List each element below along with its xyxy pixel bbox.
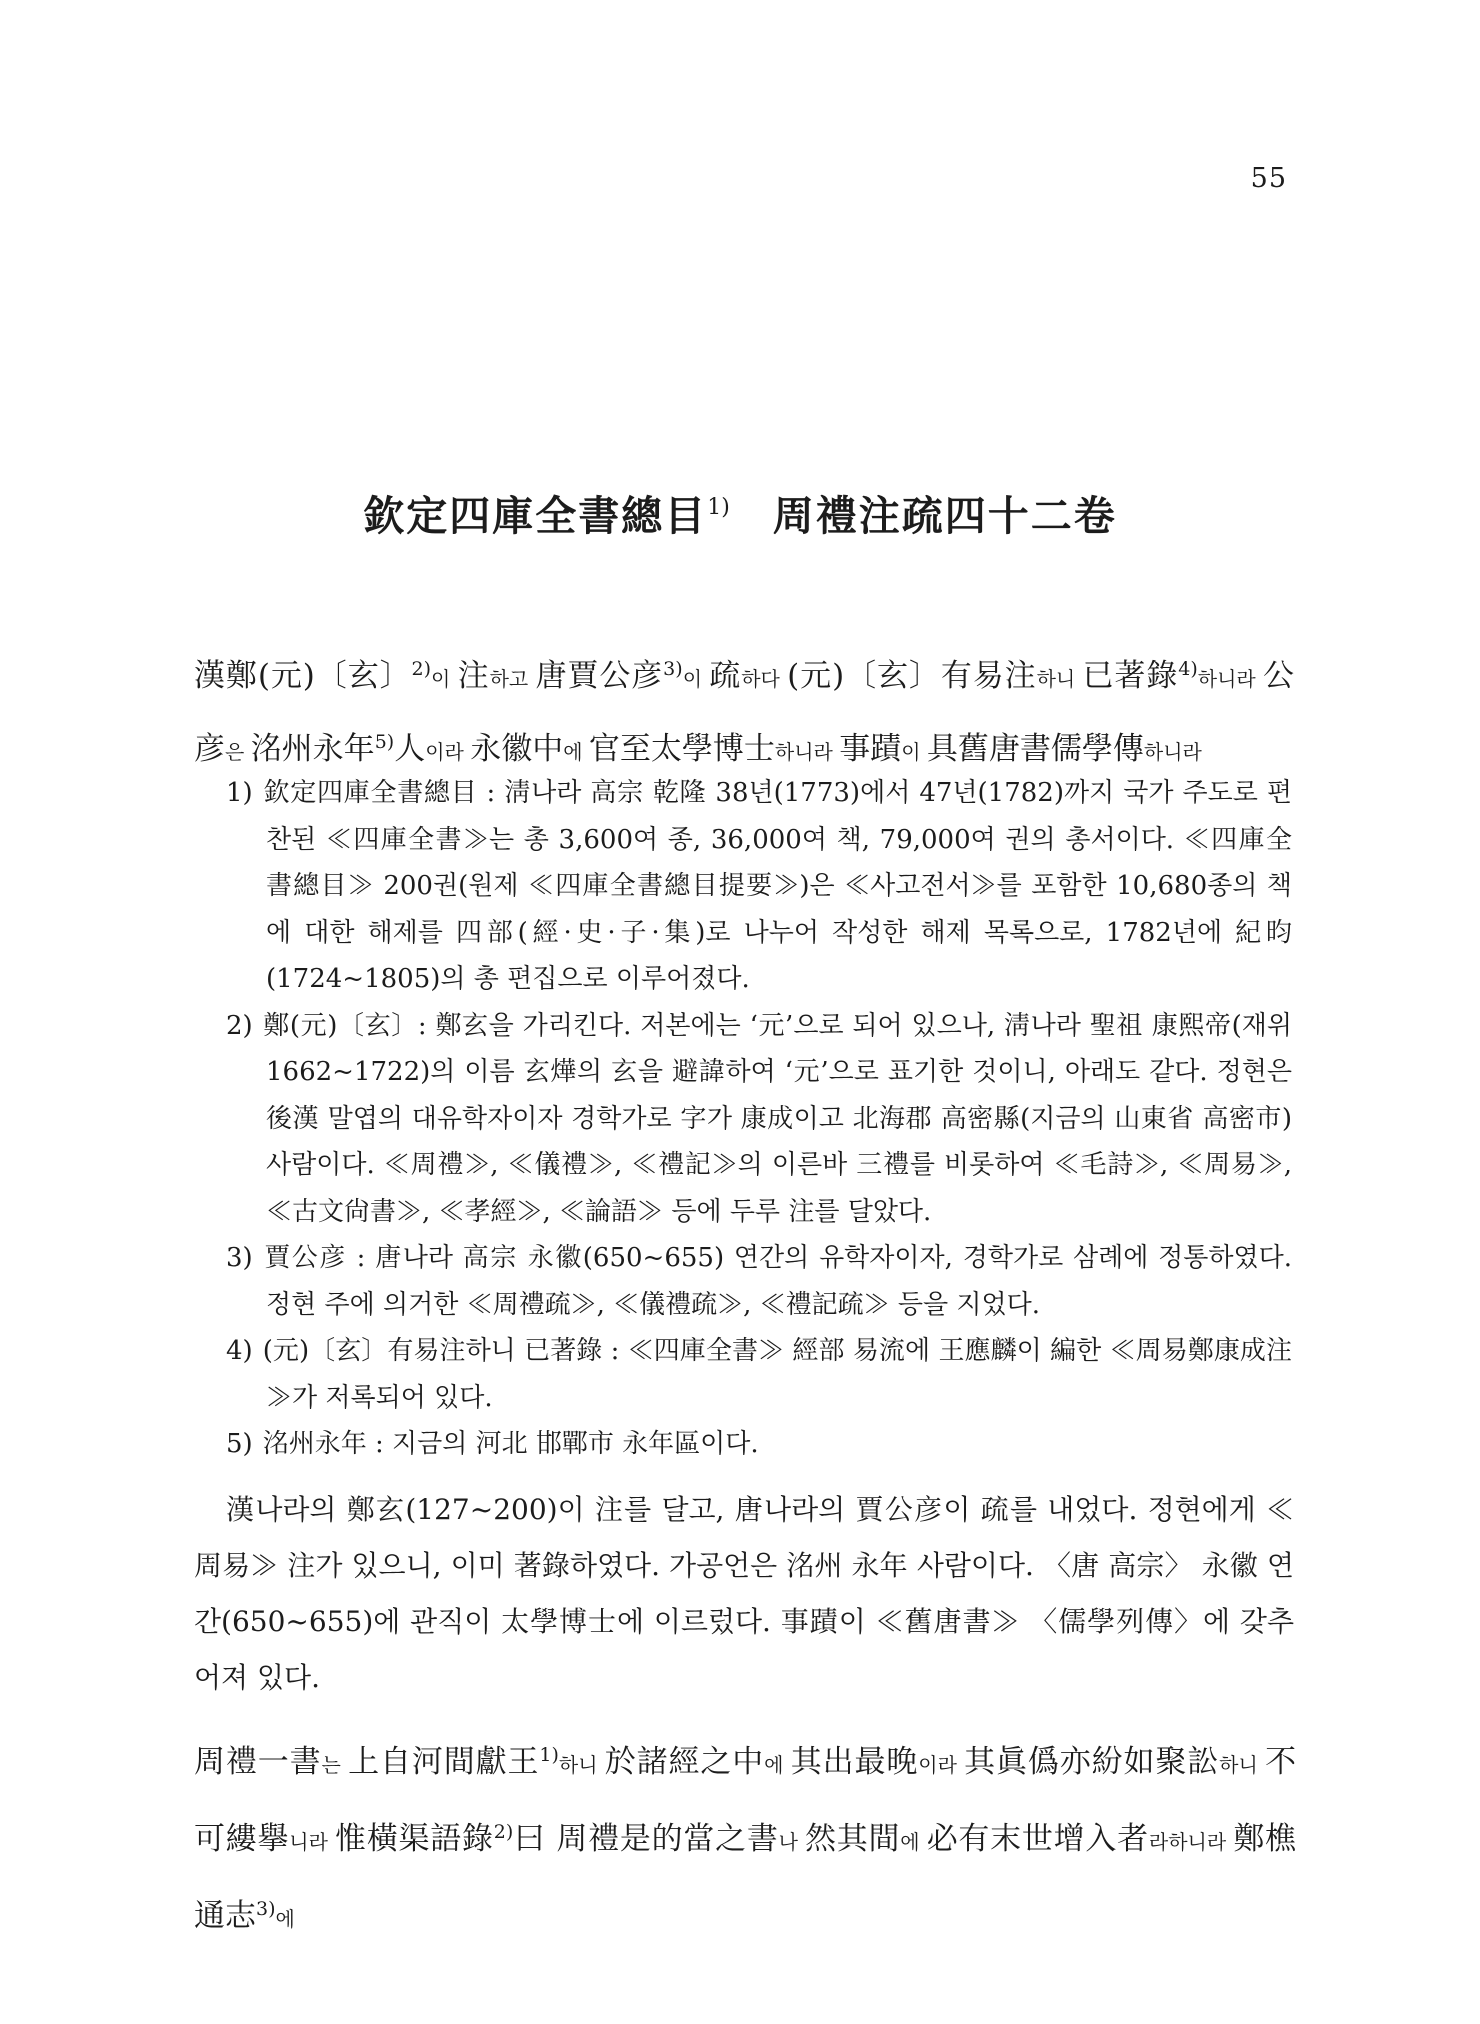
hyeonto-particle: 이 bbox=[901, 740, 927, 764]
hanmun-text: 欽定四庫全書總目 bbox=[363, 492, 707, 540]
hanmun-text: 疏 bbox=[709, 658, 741, 694]
hyeonto-particle: 은 bbox=[225, 740, 251, 764]
original-hanmun-paragraph: 漢鄭(元)〔玄〕2)이 注하고 唐賈公彦3)이 疏하다 (元)〔玄〕有易注하니 … bbox=[194, 642, 1294, 788]
hyeonto-particle: 하니 bbox=[1037, 667, 1083, 691]
hyeonto-particle: 하니 bbox=[559, 1753, 605, 1777]
hanmun-text: 其出最晚 bbox=[791, 1744, 919, 1780]
hyeonto-particle: 니라 bbox=[289, 1830, 335, 1854]
hyeonto-particle: 에 bbox=[900, 1830, 926, 1854]
hyeonto-particle: 에 bbox=[276, 1907, 295, 1931]
footnote-3: 3)賈公彦 : 唐나라 高宗 永徽(650~655) 연간의 유학자이자, 경학… bbox=[226, 1235, 1292, 1328]
footnote-ref: 3) bbox=[256, 1898, 276, 1920]
hyeonto-particle: 하니 bbox=[1219, 1753, 1265, 1777]
hanmun-text: 事蹟 bbox=[839, 731, 901, 767]
footnote-text: (元)〔玄〕有易注하니 已著錄 : ≪四庫全書≫ 經部 易流에 王應麟이 編한 … bbox=[263, 1336, 1292, 1413]
footnote-ref: 1) bbox=[707, 495, 730, 520]
hanmun-text: 已著錄 bbox=[1083, 658, 1179, 694]
scanned-book-page: 55 欽定四庫全書總目1) 周禮注疏四十二卷 漢鄭(元)〔玄〕2)이 注하고 唐… bbox=[0, 0, 1480, 2024]
chapter-title: 欽定四庫全書總目1) 周禮注疏四十二卷 bbox=[0, 483, 1480, 542]
hanmun-text: 周禮注疏四十二卷 bbox=[730, 492, 1117, 540]
hyeonto-particle: 에 bbox=[563, 740, 589, 764]
footnote-2: 2)鄭(元)〔玄〕: 鄭玄을 가리킨다. 저본에는 ‘元’으로 되어 있으나, … bbox=[226, 1003, 1292, 1236]
footnote-ref: 2) bbox=[412, 658, 432, 680]
hanmun-text: 其眞僞亦紛如聚訟 bbox=[964, 1744, 1219, 1780]
hanmun-text: 永徽中 bbox=[470, 731, 563, 767]
footnote-4: 4)(元)〔玄〕有易注하니 已著錄 : ≪四庫全書≫ 經部 易流에 王應麟이 編… bbox=[226, 1328, 1292, 1421]
hanmun-text: 漢鄭(元)〔玄〕 bbox=[194, 658, 412, 694]
footnote-text: 洺州永年 : 지금의 河北 邯鄲市 永年區이다. bbox=[263, 1429, 759, 1459]
hyeonto-particle: 하니라 bbox=[775, 740, 839, 764]
footnote-ref: 1) bbox=[539, 1744, 559, 1766]
hyeonto-particle: 이라 bbox=[918, 1753, 964, 1777]
footnote-text: 賈公彦 : 唐나라 高宗 永徽(650~655) 연간의 유학자이자, 경학가로… bbox=[263, 1243, 1292, 1320]
hyeonto-particle: 이 bbox=[431, 667, 458, 691]
hyeonto-particle: 하고 bbox=[490, 667, 536, 691]
hyeonto-particle: 이라 bbox=[425, 740, 470, 764]
hanmun-text: 周禮一書 bbox=[194, 1744, 322, 1780]
hanmun-text: 洺州永年 bbox=[251, 731, 375, 767]
hanmun-text: 然其間 bbox=[805, 1821, 900, 1857]
footnote-text: 欽定四庫全書總目 : 淸나라 高宗 乾隆 38년(1773)에서 47년(178… bbox=[263, 778, 1292, 994]
hyeonto-particle: 라하니라 bbox=[1149, 1830, 1233, 1854]
hanmun-text: (元)〔玄〕有易注 bbox=[787, 658, 1036, 694]
footnote-ref: 4) bbox=[1178, 658, 1198, 680]
hanmun-text: 具舊唐書儒學傳 bbox=[927, 731, 1144, 767]
footnote-number: 4) bbox=[226, 1336, 263, 1366]
hyeonto-particle: 하니라 bbox=[1198, 667, 1263, 691]
closing-hanmun-paragraph: 周禮一書는 上自河間獻王1)하니 於諸經之中에 其出最晚이라 其眞僞亦紛如聚訟하… bbox=[194, 1726, 1296, 1957]
hanmun-text: 惟橫渠語錄 bbox=[335, 1821, 494, 1857]
hyeonto-particle: 에 bbox=[764, 1753, 791, 1777]
footnote-ref: 3) bbox=[663, 658, 683, 680]
hanmun-text: 注 bbox=[458, 658, 490, 694]
footnote-ref: 5) bbox=[375, 731, 395, 753]
hyeonto-particle: 이 bbox=[683, 667, 710, 691]
hyeonto-particle: 나 bbox=[779, 1830, 805, 1854]
footnote-number: 2) bbox=[226, 1011, 263, 1041]
footnote-text: 鄭(元)〔玄〕: 鄭玄을 가리킨다. 저본에는 ‘元’으로 되어 있으나, 淸나… bbox=[263, 1011, 1292, 1227]
footnotes-block: 1)欽定四庫全書總目 : 淸나라 高宗 乾隆 38년(1773)에서 47년(1… bbox=[226, 770, 1292, 1468]
hanmun-text: 上自河間獻王 bbox=[348, 1744, 539, 1780]
hanmun-text: 於諸經之中 bbox=[605, 1744, 764, 1780]
hanmun-text: 唐賈公彦 bbox=[536, 658, 664, 694]
hyeonto-particle: 하다 bbox=[741, 667, 787, 691]
hyeonto-particle: 는 bbox=[322, 1753, 349, 1777]
footnote-number: 3) bbox=[226, 1243, 263, 1273]
footnote-1: 1)欽定四庫全書總目 : 淸나라 高宗 乾隆 38년(1773)에서 47년(1… bbox=[226, 770, 1292, 1003]
footnote-number: 1) bbox=[226, 778, 263, 808]
hanmun-text: 必有末世增入者 bbox=[927, 1821, 1149, 1857]
hanmun-text: 官至太學博士 bbox=[589, 731, 775, 767]
korean-translation-paragraph: 漢나라의 鄭玄(127~200)이 注를 달고, 唐나라의 賈公彦이 疏를 내었… bbox=[194, 1482, 1294, 1706]
footnote-5: 5)洺州永年 : 지금의 河北 邯鄲市 永年區이다. bbox=[226, 1421, 1292, 1468]
hanmun-text: 人 bbox=[394, 731, 425, 767]
hyeonto-particle: 하니라 bbox=[1144, 740, 1202, 764]
page-number: 55 bbox=[1251, 163, 1287, 194]
footnote-number: 5) bbox=[226, 1429, 263, 1459]
hanmun-text: 曰 周禮是的當之書 bbox=[513, 1821, 778, 1857]
footnote-ref: 2) bbox=[494, 1821, 514, 1843]
